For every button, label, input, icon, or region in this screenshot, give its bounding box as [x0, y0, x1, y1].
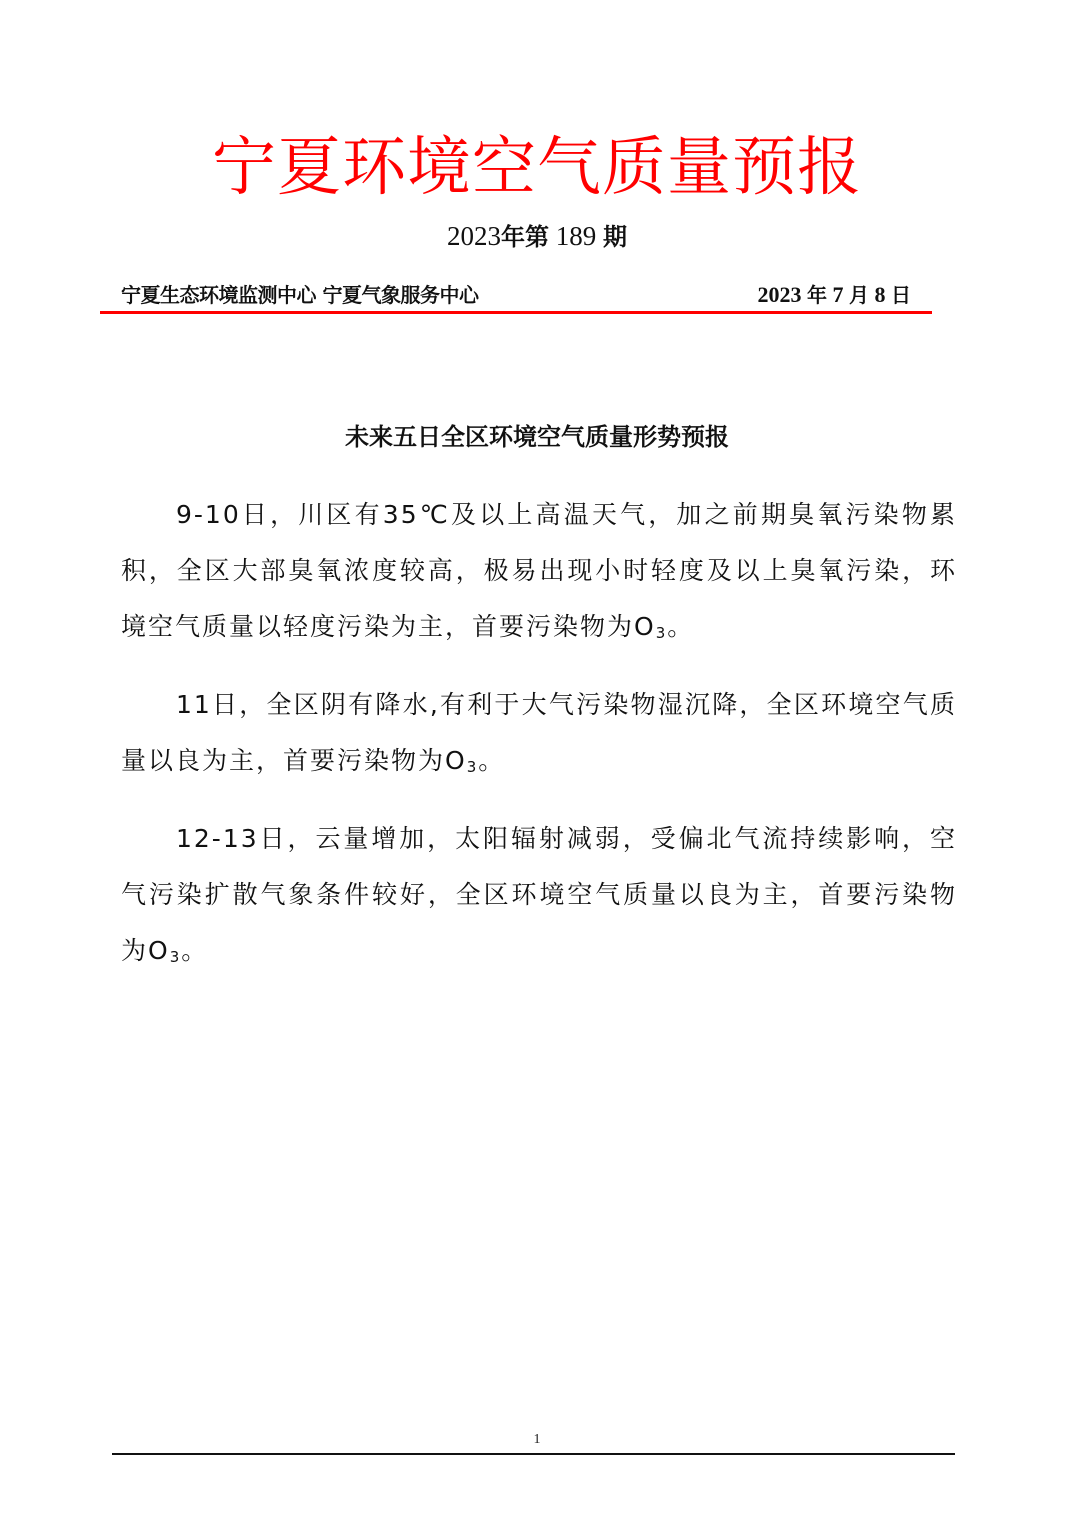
date-month-label: 月 [849, 283, 869, 307]
subscript: 3 [467, 758, 479, 776]
page-number: 1 [0, 1432, 1074, 1448]
date-year: 2023 [758, 282, 802, 307]
issue-number: 2023年第 189 期 [0, 218, 1074, 255]
issue-year: 2023 [447, 221, 501, 251]
footer-divider [112, 1453, 955, 1455]
paragraph-end: 。 [667, 612, 694, 641]
paragraph-end: 。 [478, 746, 505, 775]
date-year-label: 年 [807, 283, 827, 307]
forecast-paragraph: 9-10日，川区有35℃及以上高温天气，加之前期臭氧污染物累积，全区大部臭氧浓度… [121, 487, 957, 661]
forecast-paragraph: 12-13日，云量增加，太阳辐射减弱，受偏北气流持续影响，空气污染扩散气象条件较… [121, 811, 957, 985]
issue-num-label: 期 [603, 223, 627, 251]
forecast-body: 9-10日，川区有35℃及以上高温天气，加之前期臭氧污染物累积，全区大部臭氧浓度… [121, 487, 957, 1001]
publisher: 宁夏生态环境监测中心 宁夏气象服务中心 [121, 280, 478, 310]
issue-num: 189 [556, 221, 597, 251]
header-divider [100, 311, 932, 314]
section-title: 未来五日全区环境空气质量形势预报 [0, 420, 1074, 454]
subscript: 3 [170, 948, 182, 966]
paragraph-text: 12-13日，云量增加，太阳辐射减弱，受偏北气流持续影响，空气污染扩散气象条件较… [121, 824, 957, 965]
date-month: 7 [833, 282, 844, 307]
paragraph-end: 。 [181, 936, 208, 965]
paragraph-text: 11日，全区阴有降水,有利于大气污染物湿沉降，全区环境空气质量以良为主，首要污染… [121, 690, 957, 775]
forecast-paragraph: 11日，全区阴有降水,有利于大气污染物湿沉降，全区环境空气质量以良为主，首要污染… [121, 677, 957, 795]
issue-year-label: 年第 [501, 223, 549, 251]
paragraph-text: 9-10日，川区有35℃及以上高温天气，加之前期臭氧污染物累积，全区大部臭氧浓度… [121, 500, 957, 641]
publish-date: 2023 年 7 月 8 日 [758, 280, 912, 310]
publisher-row: 宁夏生态环境监测中心 宁夏气象服务中心 2023 年 7 月 8 日 [121, 280, 911, 310]
masthead-title: 宁夏环境空气质量预报 [0, 128, 1074, 208]
subscript: 3 [656, 624, 668, 642]
date-day: 8 [875, 282, 886, 307]
date-day-label: 日 [891, 283, 911, 307]
